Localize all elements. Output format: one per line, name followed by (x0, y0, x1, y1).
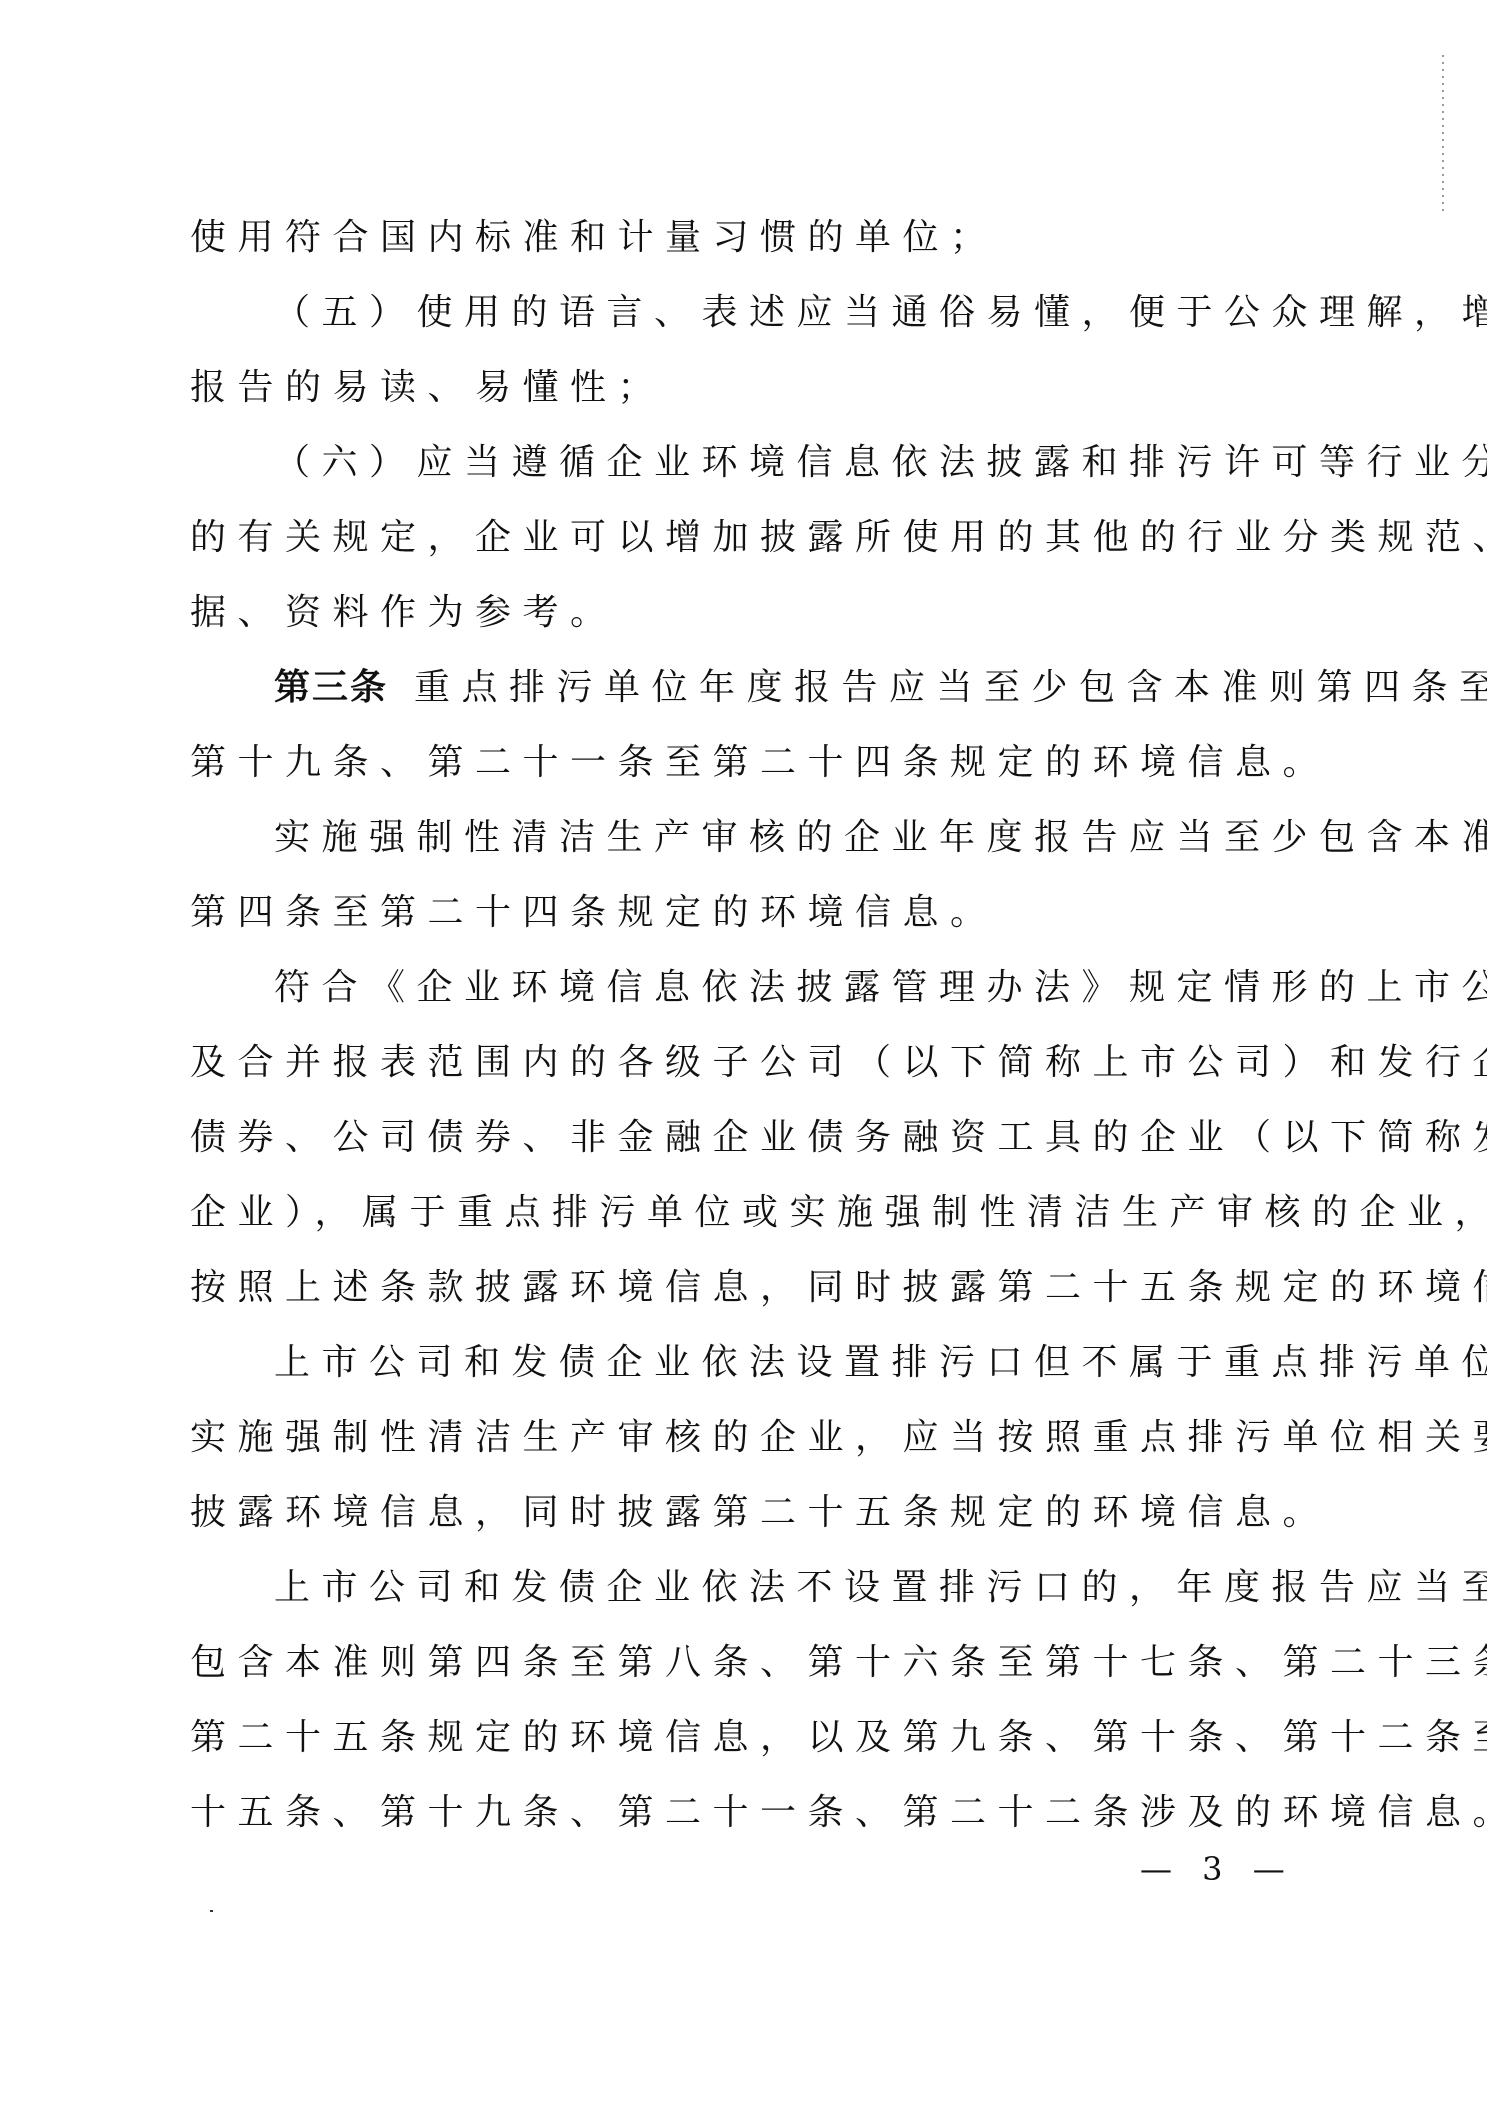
text-line: 包含本准则第四条至第八条、第十六条至第十七条、第二十三条至 (190, 1625, 1340, 1700)
text-line: 使用符合国内标准和计量习惯的单位； (190, 200, 1340, 275)
article-heading-line: 第三条重点排污单位年度报告应当至少包含本准则第四条至 (190, 650, 1340, 725)
document-page: 使用符合国内标准和计量习惯的单位； （五）使用的语言、表述应当通俗易懂，便于公众… (0, 0, 1487, 2105)
text-line: 上市公司和发债企业依法设置排污口但不属于重点排污单位和 (190, 1325, 1340, 1400)
scan-artifact-dot (210, 1910, 213, 1912)
text-line: 十五条、第十九条、第二十一条、第二十二条涉及的环境信息。 (190, 1775, 1340, 1850)
text-line: 报告的易读、易懂性； (190, 350, 1340, 425)
text-span: 重点排污单位年度报告应当至少包含本准则第四条至 (414, 667, 1487, 708)
text-line: 第四条至第二十四条规定的环境信息。 (190, 875, 1340, 950)
text-line: （五）使用的语言、表述应当通俗易懂，便于公众理解，增强 (190, 275, 1340, 350)
text-line: 债券、公司债券、非金融企业债务融资工具的企业（以下简称发债 (190, 1100, 1340, 1175)
text-line: 符合《企业环境信息依法披露管理办法》规定情形的上市公司 (190, 950, 1340, 1025)
text-line: 的有关规定，企业可以增加披露所使用的其他的行业分类规范、数 (190, 500, 1340, 575)
text-line: 第二十五条规定的环境信息，以及第九条、第十条、第十二条至第 (190, 1700, 1340, 1775)
scan-artifact-marks (1442, 55, 1444, 215)
page-number: — 3 — (1140, 1850, 1295, 1888)
text-line: 按照上述条款披露环境信息，同时披露第二十五条规定的环境信息。 (190, 1250, 1340, 1325)
text-line: 第十九条、第二十一条至第二十四条规定的环境信息。 (190, 725, 1340, 800)
text-line: 据、资料作为参考。 (190, 575, 1340, 650)
text-line: 实施强制性清洁生产审核的企业年度报告应当至少包含本准则 (190, 800, 1340, 875)
text-line: 披露环境信息，同时披露第二十五条规定的环境信息。 (190, 1475, 1340, 1550)
text-line: 实施强制性清洁生产审核的企业，应当按照重点排污单位相关要求 (190, 1400, 1340, 1475)
text-line: 及合并报表范围内的各级子公司（以下简称上市公司）和发行企业 (190, 1025, 1340, 1100)
text-line: 上市公司和发债企业依法不设置排污口的，年度报告应当至少 (190, 1550, 1340, 1625)
article-number: 第三条 (274, 667, 388, 708)
document-body: 使用符合国内标准和计量习惯的单位； （五）使用的语言、表述应当通俗易懂，便于公众… (190, 200, 1340, 1850)
text-line: （六）应当遵循企业环境信息依法披露和排污许可等行业分类 (190, 425, 1340, 500)
text-line: 企业），属于重点排污单位或实施强制性清洁生产审核的企业，应当 (190, 1175, 1340, 1250)
